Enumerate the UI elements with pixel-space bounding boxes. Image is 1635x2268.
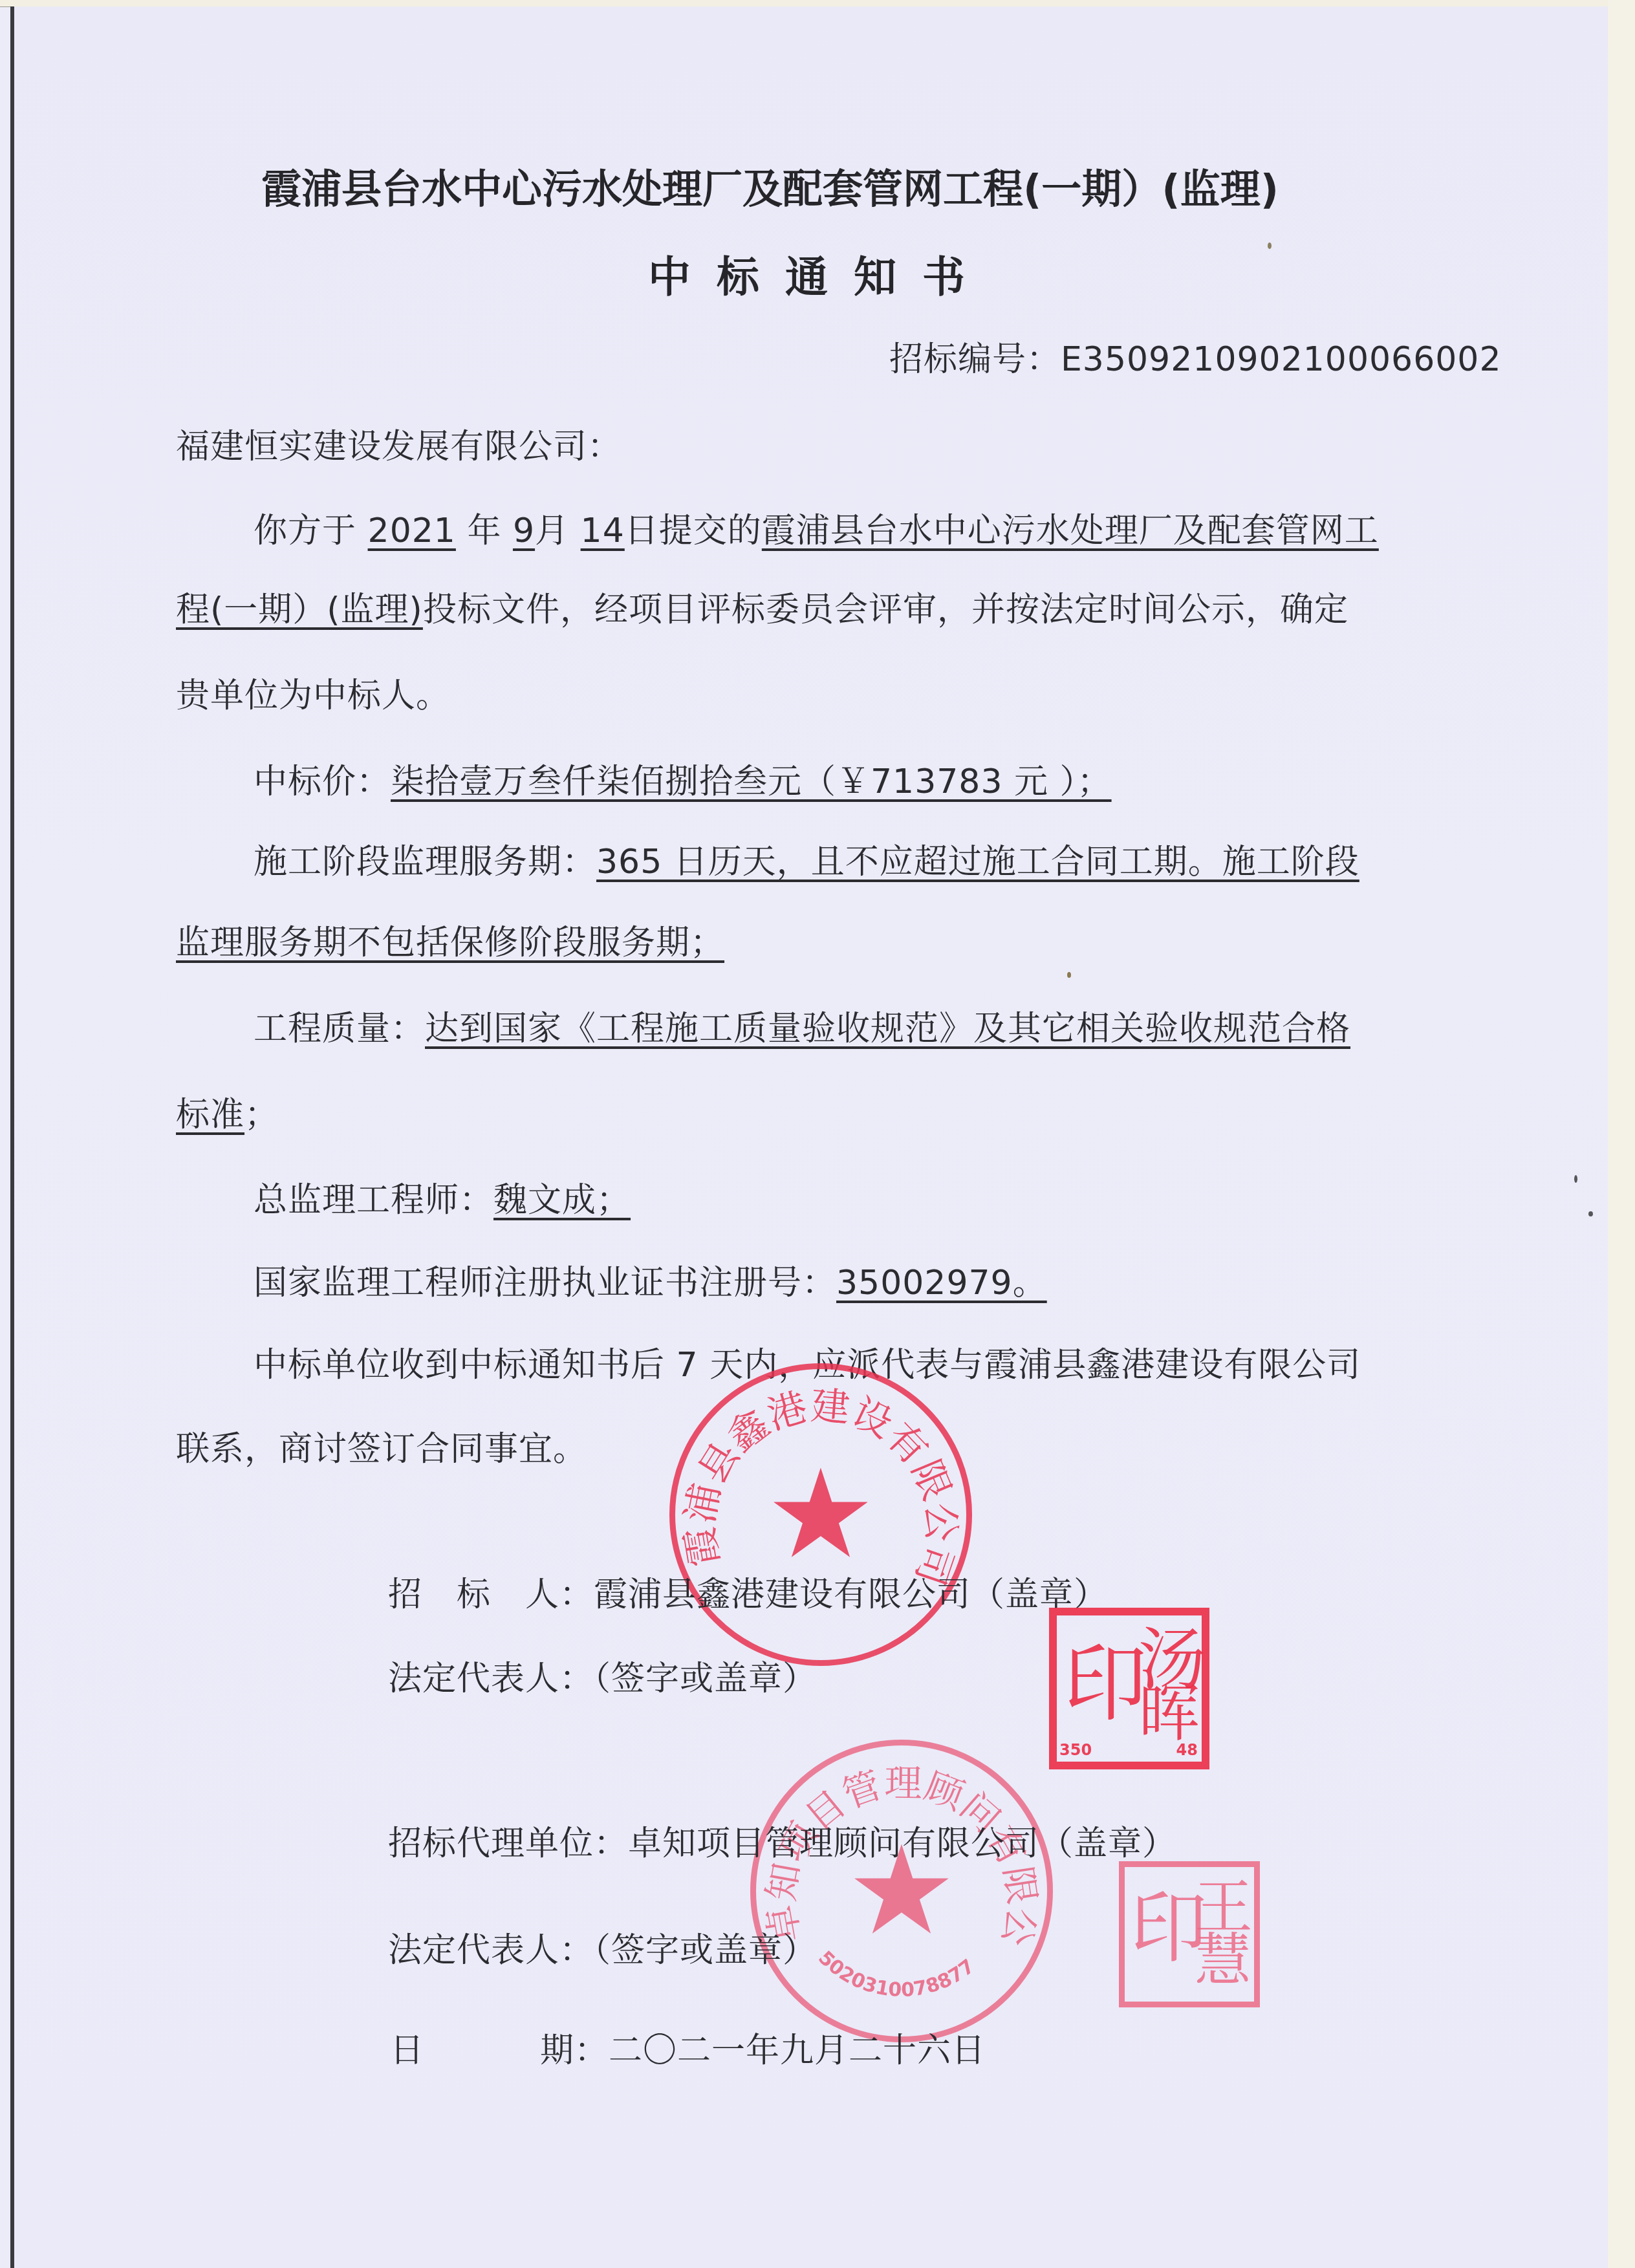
addressee: 福建恒实建设发展有限公司：: [176, 430, 622, 464]
agent-rep-value: （签字或盖章）: [594, 1931, 817, 1970]
chief-engineer-name: 魏文成；: [493, 1181, 631, 1220]
tenderer-company-seal: 霞浦县鑫港建设有限公司 ★: [669, 1363, 972, 1666]
quality-line1: 工程质量：达到国家《工程施工质量验收规范》及其它相关验收规范合格: [254, 1012, 1350, 1046]
scan-speck: [1574, 1175, 1577, 1183]
cert-number-value: 35002979。: [836, 1264, 1047, 1302]
date-line: 期：二〇二一年九月二十六日: [540, 2034, 986, 2068]
date-label: 期：: [540, 2031, 609, 2070]
chief-engineer-label: 总监理工程师：: [254, 1181, 493, 1220]
service-period-label: 施工阶段监理服务期：: [254, 843, 596, 881]
agent-rep-label: 法定代表人：: [388, 1931, 594, 1970]
scan-right-edge: [1608, 0, 1635, 2268]
bid-price-value: 柒拾壹万叁仟柒佰捌拾叁元（￥713783 元 ）；: [391, 762, 1112, 801]
tender-number: 招标编号：E3509210902100066002: [889, 343, 1501, 376]
agent-rep-seal: 王 慧 印: [1119, 1861, 1260, 2007]
submit-year: 2021: [368, 512, 456, 550]
tenderer-rep: 法定代表人：（签字或盖章）: [388, 1662, 817, 1696]
bid-price-label: 中标价：: [254, 762, 391, 801]
agent-rep: 法定代表人：（签字或盖章）: [388, 1934, 817, 1967]
para1-line2: 程(一期）(监理)投标文件，经项目评标委员会评审，并按法定时间公示，确定: [176, 593, 1348, 627]
service-period-line2: 监理服务期不包括保修阶段服务期；: [176, 926, 724, 960]
project-name-part1: 霞浦县台水中心污水处理厂及配套管网工: [762, 512, 1379, 550]
tenderer-rep-seal: 汤 晖 印 350 48: [1049, 1608, 1209, 1769]
para1-line1: 你方于 2021 年 9月 14日提交的霞浦县台水中心污水处理厂及配套管网工: [254, 514, 1379, 548]
agent-label: 招标代理单位：: [388, 1824, 628, 1863]
notice-line2: 联系，商讨签订合同事宜。: [176, 1432, 587, 1466]
document-subtitle: 中标通知书: [648, 256, 991, 299]
agent: 招标代理单位：卓知项目管理顾问有限公司（盖章）: [388, 1827, 1176, 1861]
scan-speck: [1588, 1211, 1593, 1216]
tenderer: 招 标 人：霞浦县鑫港建设有限公司（盖章）: [388, 1578, 1108, 1612]
cert-number: 国家监理工程师注册执业证书注册号：35002979。: [254, 1266, 1047, 1300]
scan-speck: [1268, 243, 1272, 249]
service-period-value: 365 日历天，且不应超过施工合同工期。施工阶段: [596, 843, 1359, 881]
quality-label: 工程质量：: [254, 1010, 425, 1048]
para1-line3: 贵单位为中标人。: [176, 679, 450, 713]
cert-number-label: 国家监理工程师注册执业证书注册号：: [254, 1264, 836, 1302]
tenderer-rep-label: 法定代表人：: [388, 1659, 594, 1698]
tenderer-value: 霞浦县鑫港建设有限公司（盖章）: [594, 1575, 1108, 1614]
tenderer-label: 招 标 人：: [388, 1575, 594, 1614]
document-title: 霞浦县台水中心污水处理厂及配套管网工程(一期）(监理): [261, 169, 1279, 210]
service-period-line1: 施工阶段监理服务期：365 日历天，且不应超过施工合同工期。施工阶段: [254, 845, 1359, 879]
star-icon: ★: [766, 1453, 876, 1576]
agent-value: 卓知项目管理顾问有限公司（盖章）: [628, 1824, 1176, 1863]
quality-line2: 标准；: [176, 1098, 279, 1132]
scan-speck: [1067, 972, 1071, 978]
quality-value: 达到国家《工程施工质量验收规范》及其它相关验收规范合格: [425, 1010, 1350, 1048]
date-value: 二〇二一年九月二十六日: [609, 2031, 986, 2070]
submit-day: 14: [581, 512, 625, 550]
date-label-left: 日: [390, 2034, 424, 2068]
submit-month: 9: [513, 512, 535, 550]
tender-number-value: E3509210902100066002: [1061, 340, 1501, 379]
agent-company-seal: 卓知项目管理顾问有限公司 5020310078877 ★: [750, 1740, 1053, 2042]
tender-number-label: 招标编号：: [889, 340, 1061, 379]
tenderer-rep-value: （签字或盖章）: [594, 1659, 817, 1698]
project-name-part2: 程(一期）(监理): [176, 590, 423, 629]
chief-engineer: 总监理工程师：魏文成；: [254, 1183, 631, 1217]
bid-price: 中标价：柒拾壹万叁仟柒佰捌拾叁元（￥713783 元 ）；: [254, 765, 1112, 799]
